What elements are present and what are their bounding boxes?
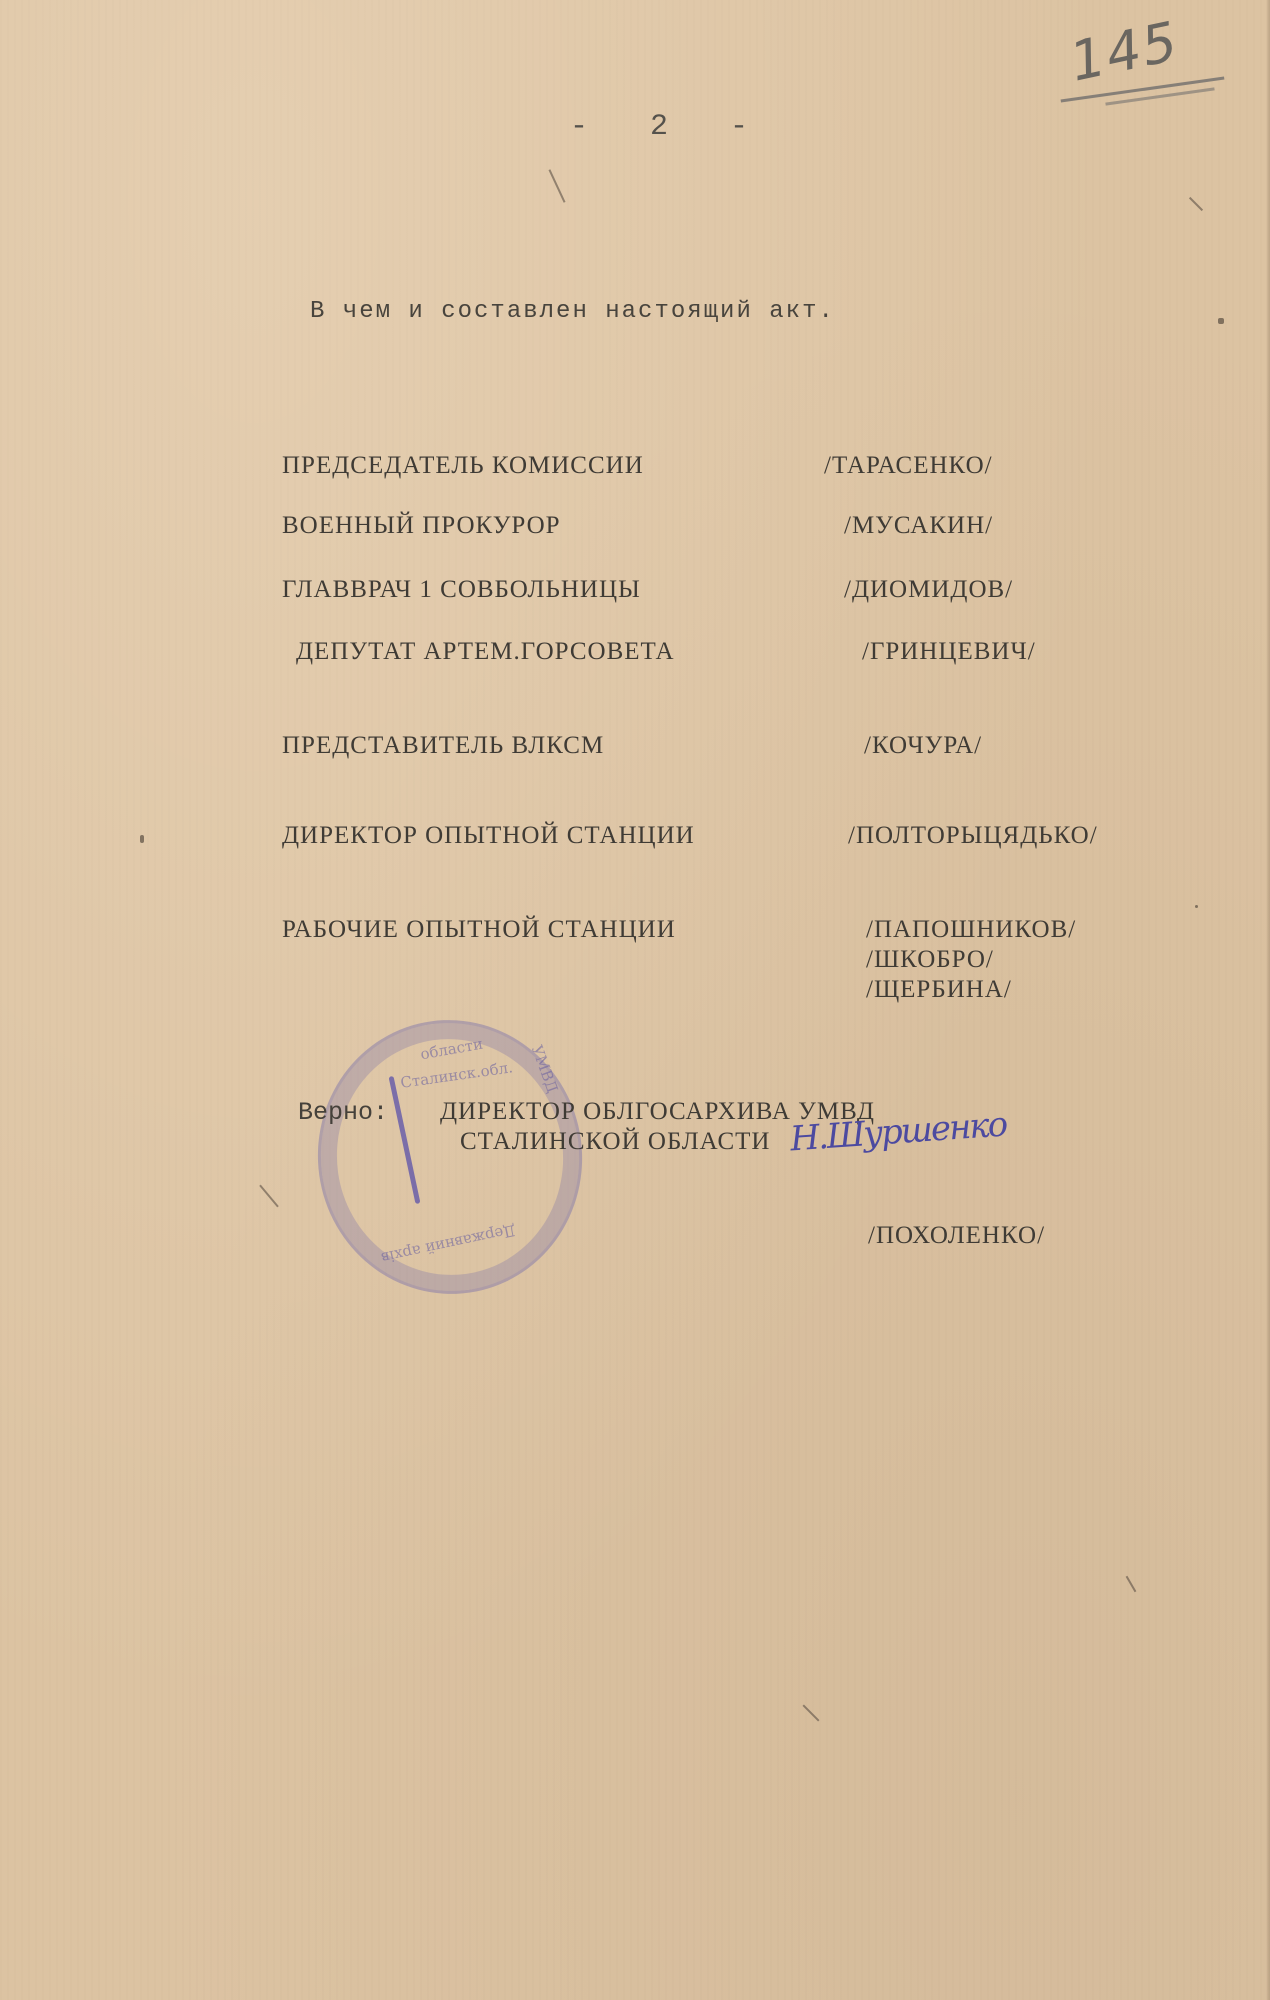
paper-speck (1195, 905, 1198, 908)
signatory-name: /ПАПОШНИКОВ/ (866, 916, 1076, 944)
paper-speck (1218, 318, 1224, 324)
director-name: /ПОХОЛЕНКО/ (868, 1222, 1045, 1250)
signatory-name: /КОЧУРА/ (864, 732, 982, 760)
signatory-name: /ДИОМИДОВ/ (844, 576, 1013, 604)
page-number: - 2 - (570, 110, 770, 144)
paper-speck (140, 835, 144, 843)
signatory-name: /ЩЕРБИНА/ (866, 976, 1012, 1004)
signatory-name: /ТАРАСЕНКО/ (824, 452, 993, 480)
signatory-name: /ПОЛТОРЫЦЯДЬКО/ (848, 822, 1098, 850)
signatory-title: ПРЕДСТАВИТЕЛЬ ВЛКСМ (282, 732, 604, 760)
signatory-name: /ГРИНЦЕВИЧ/ (862, 638, 1036, 666)
signatory-title: ПРЕДСЕДАТЕЛЬ КОМИССИИ (282, 452, 644, 480)
signatory-title: ВОЕННЫЙ ПРОКУРОР (282, 512, 561, 540)
signatory-title: ДЕПУТАТ АРТЕМ.ГОРСОВЕТА (296, 638, 675, 666)
signatory-title: ДИРЕКТОР ОПЫТНОЙ СТАНЦИИ (282, 822, 695, 850)
signatory-name: /МУСАКИН/ (844, 512, 993, 540)
signatory-title: ГЛАВВРАЧ 1 СОВБОЛЬНИЦЫ (282, 576, 641, 604)
intro-line: В чем и составлен настоящий акт. (310, 298, 835, 325)
certify-title-line2: СТАЛИНСКОЙ ОБЛАСТИ (460, 1128, 770, 1156)
paper-edge (1266, 0, 1270, 2000)
signatory-name: /ШКОБРО/ (866, 946, 994, 974)
certify-label: Верно: (298, 1098, 388, 1127)
signatory-title: РАБОЧИЕ ОПЫТНОЙ СТАНЦИИ (282, 916, 676, 944)
